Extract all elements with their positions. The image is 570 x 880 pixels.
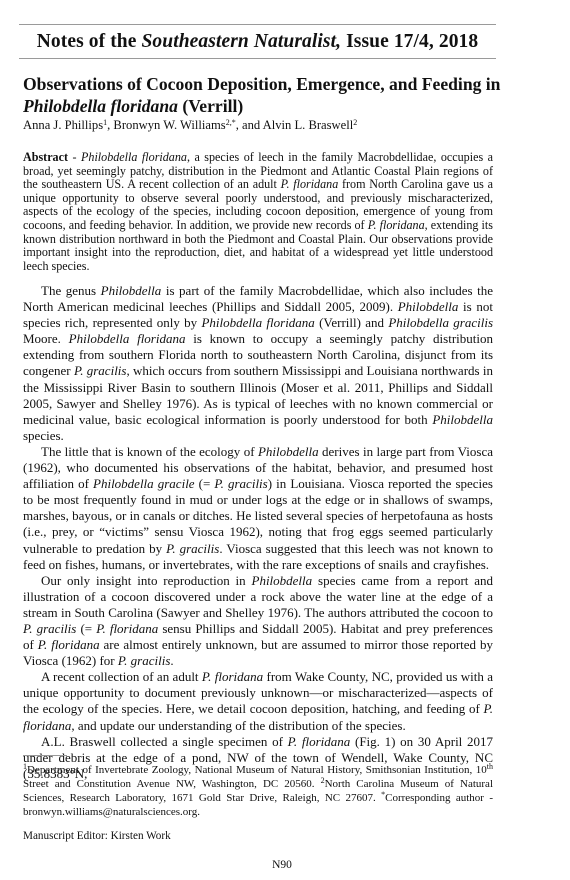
journal-header: Notes of the Southeastern Naturalist, Is…	[19, 31, 496, 53]
italic-term: Philobdella	[398, 299, 459, 314]
text-run: (=	[195, 476, 215, 491]
article-title: Observations of Cocoon Deposition, Emerg…	[23, 73, 503, 117]
italic-term: Philobdella	[101, 283, 162, 298]
italic-term: P. gracilis	[166, 541, 219, 556]
text-run: The genus	[41, 283, 101, 298]
text-run: -	[68, 150, 81, 164]
author-name: Bronwyn W. Williams	[113, 118, 225, 132]
abstract: Abstract - Philobdella floridana, a spec…	[23, 151, 493, 273]
header-bottom-rule	[19, 58, 496, 59]
text-run: A.L. Braswell collected a single specime…	[41, 734, 288, 749]
text-run: , and update our understanding of the di…	[71, 718, 405, 733]
journal-name: Southeastern Naturalist,	[141, 31, 341, 52]
italic-term: P. gracilis	[74, 363, 127, 378]
italic-term: Philobdella	[252, 573, 313, 588]
italic-term: Philobdella floridana	[201, 315, 314, 330]
article-body: The genus Philobdella is part of the fam…	[23, 283, 493, 782]
italic-term: P. floridana	[281, 177, 339, 191]
italic-term: P. floridana	[202, 669, 263, 684]
text-run: Street and Constitution Avenue NW, Washi…	[23, 778, 321, 790]
text-run: A recent collection of an adult	[41, 669, 202, 684]
author-name: Anna J. Phillips	[23, 118, 103, 132]
body-paragraph: The genus Philobdella is part of the fam…	[23, 283, 493, 444]
text-run: Our only insight into reproduction in	[41, 573, 252, 588]
italic-term: Philobdella floridana	[69, 331, 186, 346]
page-number: N90	[0, 859, 564, 871]
author-affiliation-marker: 2,*	[226, 118, 236, 127]
text-run: The little that is known of the ecology …	[41, 444, 258, 459]
text-run: Moore.	[23, 331, 69, 346]
manuscript-editor: Manuscript Editor: Kirsten Work	[23, 830, 171, 842]
title-authority: (Verrill)	[178, 96, 243, 116]
footnote-rule	[23, 755, 67, 756]
abstract-label: Abstract	[23, 150, 68, 164]
text-run: .	[170, 653, 173, 668]
superscript: th	[487, 762, 493, 771]
text-run: (Verrill) and	[315, 315, 389, 330]
italic-term: Philobdella	[258, 444, 319, 459]
italic-term: P. floridana	[288, 734, 351, 749]
italic-term: Philobdella gracilis	[388, 315, 493, 330]
author-list: Anna J. Phillips1, Bronwyn W. Williams2,…	[23, 118, 503, 133]
header-top-rule	[19, 24, 496, 25]
body-paragraph: Our only insight into reproduction in Ph…	[23, 573, 493, 670]
journal-prefix: Notes of the	[37, 31, 142, 52]
italic-term: P. floridana	[38, 637, 100, 652]
italic-term: P. gracilis	[214, 476, 267, 491]
italic-term: Philobdella gracile	[93, 476, 195, 491]
author-separator: , and	[236, 118, 263, 132]
journal-issue: Issue 17/4, 2018	[341, 31, 478, 52]
italic-term: P. gracilis	[23, 621, 76, 636]
title-line-1: Observations of Cocoon Deposition, Emerg…	[23, 74, 500, 94]
affiliations-footnote: 1Department of Invertebrate Zoology, Nat…	[23, 763, 493, 819]
italic-term: P. gracilis	[118, 653, 171, 668]
text-run: species.	[23, 428, 64, 443]
author-name: Alvin L. Braswell	[263, 118, 354, 132]
abstract-text: - Philobdella floridana, a species of le…	[23, 150, 493, 273]
author-affiliation-marker: 2	[353, 118, 357, 127]
journal-page: Notes of the Southeastern Naturalist, Is…	[0, 0, 570, 880]
italic-term: Philobdella	[432, 412, 493, 427]
body-paragraph: A recent collection of an adult P. flori…	[23, 669, 493, 733]
italic-term: Philobdella floridana	[81, 150, 187, 164]
text-run: (=	[76, 621, 96, 636]
italic-term: P. floridana	[368, 218, 425, 232]
title-species: Philobdella floridana	[23, 96, 178, 116]
italic-term: P. floridana	[96, 621, 158, 636]
body-paragraph: The little that is known of the ecology …	[23, 444, 493, 573]
text-run: Department of Invertebrate Zoology, Nati…	[27, 764, 487, 776]
